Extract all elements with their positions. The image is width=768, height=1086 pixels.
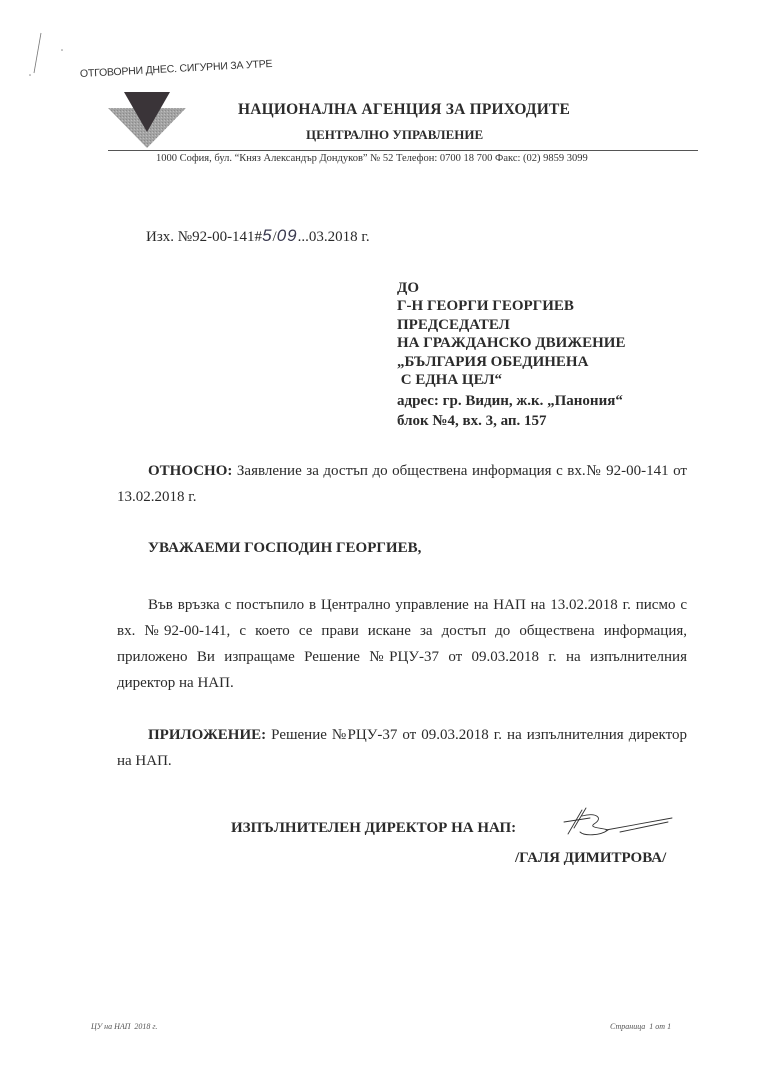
outgoing-reference: Изх. №92-00-141#5/09...03.2018 г. xyxy=(146,226,370,246)
agency-name: НАЦИОНАЛНА АГЕНЦИЯ ЗА ПРИХОДИТЕ xyxy=(238,101,570,119)
recipient-address-line: блок №4, вх. 3, ап. 157 xyxy=(397,411,623,431)
agency-tagline: ОТГОВОРНИ ДНЕС. СИГУРНИ ЗА УТРЕ xyxy=(80,58,273,80)
handwritten-month: 09 xyxy=(277,226,298,245)
department-name: ЦЕНТРАЛНО УПРАВЛЕНИЕ xyxy=(306,127,483,143)
recipient-line: С ЕДНА ЦЕЛ“ xyxy=(397,371,625,389)
page-number: Страница 1 от 1 xyxy=(610,1022,671,1031)
scan-artifact-mark xyxy=(26,30,66,80)
recipient-address: адрес: гр. Видин, ж.к. „Панония“ блок №4… xyxy=(397,391,623,431)
handwritten-signature-icon xyxy=(560,806,680,842)
reference-suffix: .03.2018 г. xyxy=(305,229,369,245)
recipient-line: НА ГРАЖДАНСКО ДВИЖЕНИЕ xyxy=(397,334,625,352)
recipient-line: ДО xyxy=(397,279,625,297)
recipient-block: ДО Г-Н ГЕОРГИ ГЕОРГИЕВ ПРЕДСЕДАТЕЛ НА ГР… xyxy=(397,279,625,389)
footer-left: ЦУ на НАП 2018 г. xyxy=(91,1022,157,1031)
recipient-line: „БЪЛГАРИЯ ОБЕДИНЕНА xyxy=(397,353,625,371)
subject-label: ОТНОСНО: xyxy=(148,463,232,479)
nra-chevron-logo-icon xyxy=(108,92,186,148)
attachment-line: ПРИЛОЖЕНИЕ: Решение №РЦУ-37 от 09.03.201… xyxy=(117,722,687,774)
signatory-name: /ГАЛЯ ДИМИТРОВА/ xyxy=(515,850,666,867)
reference-prefix: Изх. №92-00-141# xyxy=(146,229,262,245)
signatory-title: ИЗПЪЛНИТЕЛЕН ДИРЕКТОР НА НАП: xyxy=(231,820,516,837)
recipient-line: ПРЕДСЕДАТЕЛ xyxy=(397,316,625,334)
recipient-line: Г-Н ГЕОРГИ ГЕОРГИЕВ xyxy=(397,297,625,315)
reference-dots: .. xyxy=(298,229,306,245)
recipient-address-line: адрес: гр. Видин, ж.к. „Панония“ xyxy=(397,391,623,411)
salutation: УВАЖАЕМИ ГОСПОДИН ГЕОРГИЕВ, xyxy=(148,540,421,557)
subject-line: ОТНОСНО: Заявление за достъп до обществе… xyxy=(117,458,687,510)
agency-address: 1000 София, бул. “Княз Александър Дондук… xyxy=(156,153,588,164)
body-paragraph: Във връзка с постъпило в Централно управ… xyxy=(117,592,687,696)
handwritten-day: 5 xyxy=(262,226,272,245)
letterhead-divider xyxy=(108,150,698,151)
attachment-label: ПРИЛОЖЕНИЕ: xyxy=(148,727,266,743)
